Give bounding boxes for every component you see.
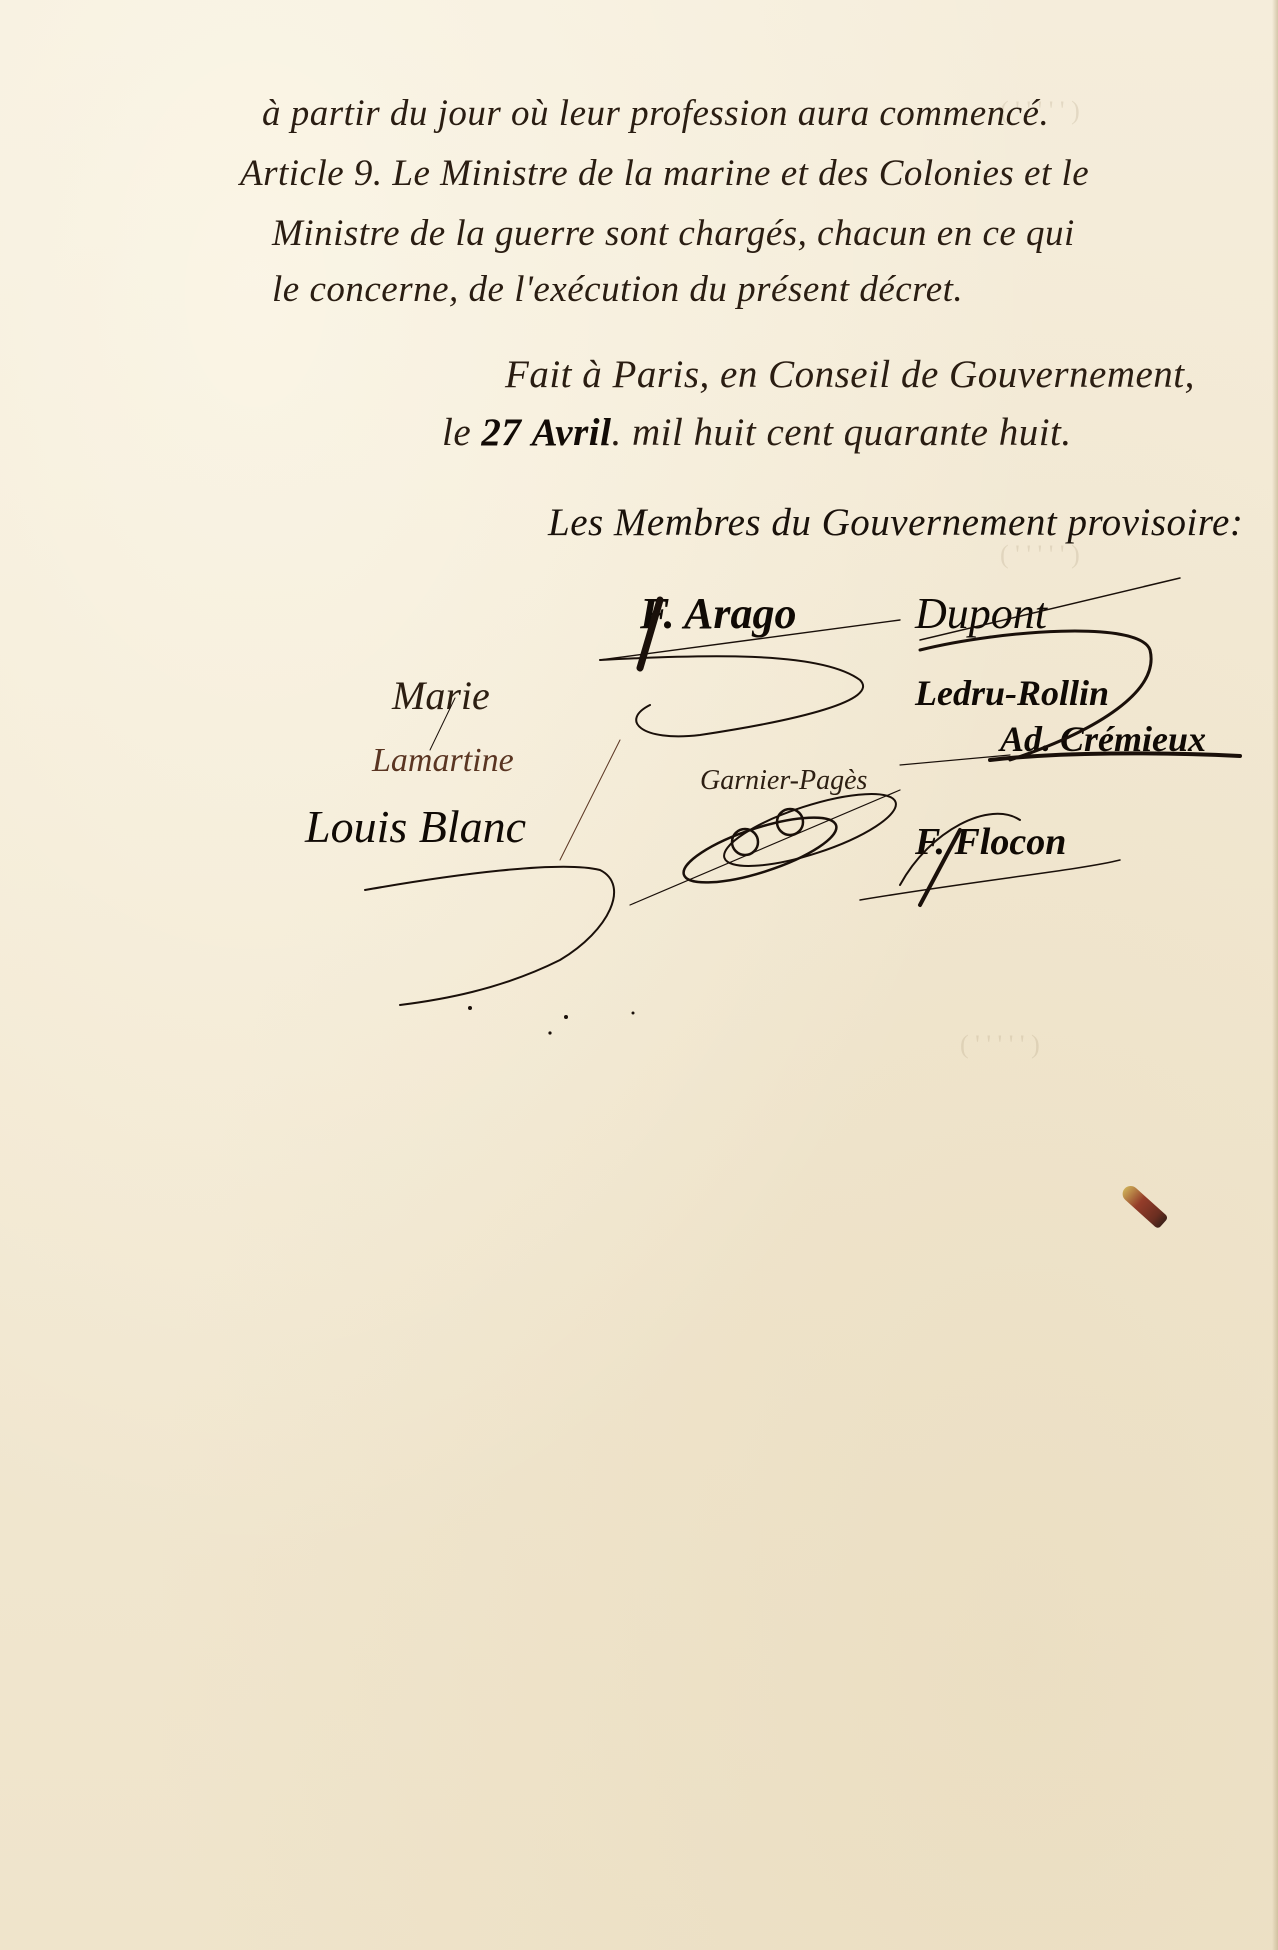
closing-line-1: Fait à Paris, en Conseil de Gouvernement… (505, 352, 1195, 397)
signature-dupont: Dupont (915, 588, 1047, 639)
date-month: Avril (532, 411, 612, 454)
ink-stain (1119, 1183, 1168, 1230)
signature-flocon: F. Flocon (915, 820, 1066, 864)
date-day: 27 (481, 411, 521, 454)
closing-line-2: le 27 Avril. mil huit cent quarante huit… (442, 410, 1072, 455)
body-line-1: à partir du jour où leur profession aura… (262, 92, 1049, 135)
closing-prefix: le (442, 411, 471, 454)
paper-edge (1272, 0, 1278, 1950)
document-page: ( ' ' ' ' ' ) ( ' ' ' ' ' ) ( ' ' ' ' ' … (0, 0, 1278, 1950)
signature-louis-blanc: Louis Blanc (305, 800, 526, 853)
signature-arago: F. Arago (640, 588, 797, 639)
signature-garnier-pages: Garnier-Pagès (700, 765, 867, 797)
signature-lamartine: Lamartine (372, 742, 514, 780)
signature-ledru-rollin: Ledru-Rollin (915, 672, 1109, 714)
closing-suffix: mil huit cent quarante huit. (632, 411, 1072, 454)
signature-cremieux: Ad. Crémieux (1000, 718, 1206, 760)
signature-marie: Marie (392, 672, 490, 719)
body-line-3: Ministre de la guerre sont chargés, chac… (272, 212, 1075, 255)
body-line-4: le concerne, de l'exécution du présent d… (272, 268, 963, 311)
signatories-header: Les Membres du Gouvernement provisoire: (548, 500, 1243, 545)
body-line-2-article-9: Article 9. Le Ministre de la marine et d… (240, 152, 1089, 195)
bleed-through-text: ( ' ' ' ' ' ) (960, 1030, 1040, 1060)
